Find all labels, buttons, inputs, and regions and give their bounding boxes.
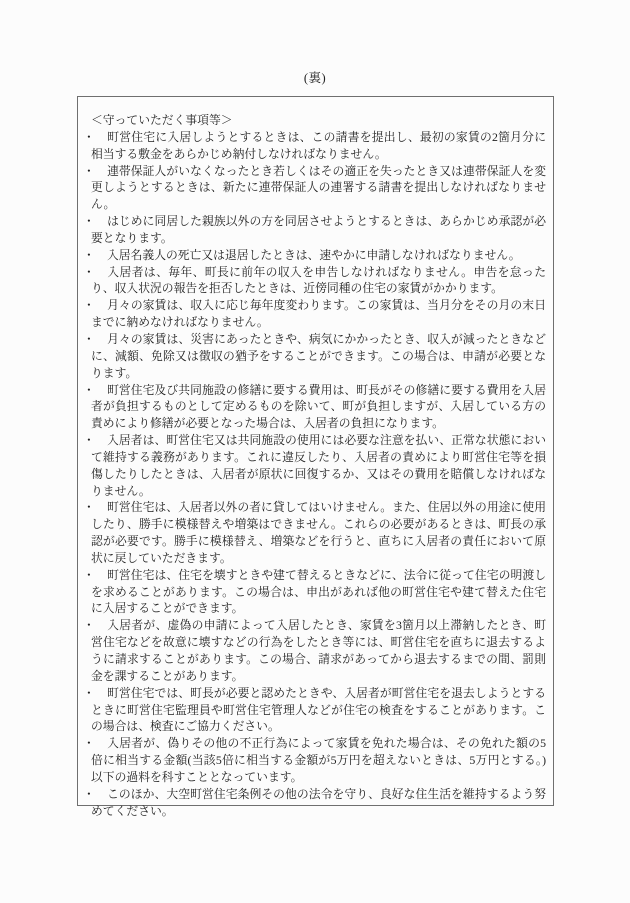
rule-item: ・月々の家賃は、災害にあったときや、病気にかかったとき、収入が減ったときなどに、… — [83, 331, 546, 382]
rule-text: 入居者が、偽りその他の不正行為によって家賃を免れた場合は、その免れた額の5倍に相… — [91, 736, 546, 784]
rules-list: ・町営住宅に入居しようとするときは、この請書を提出し、最初の家賃の2箇月分に相当… — [83, 129, 546, 820]
bullet-dot: ・ — [83, 685, 107, 702]
rule-item: ・町営住宅は、住宅を壊すときや建て替えるときなどに、法令に従って住宅の明渡しを求… — [83, 567, 546, 618]
bullet-dot: ・ — [83, 264, 107, 281]
rule-item: ・入居者が、偽りその他の不正行為によって家賃を免れた場合は、その免れた額の5倍に… — [83, 735, 546, 786]
bullet-dot: ・ — [83, 297, 107, 314]
bullet-dot: ・ — [83, 786, 107, 803]
rule-item: ・入居者が、虚偽の申請によって入居したとき、家賃を3箇月以上滞納したとき、町営住… — [83, 617, 546, 684]
bullet-dot: ・ — [83, 432, 107, 449]
rule-item: ・入居者は、町営住宅又は共同施設の使用には必要な注意を払い、正常な状態において維… — [83, 432, 546, 499]
rule-text: 入居名義人の死亡又は退居したときは、速やかに申請しなければなりません。 — [107, 248, 521, 262]
rule-text: 町営住宅は、住宅を壊すときや建て替えるときなどに、法令に従って住宅の明渡しを求め… — [91, 568, 546, 616]
rule-text: 月々の家賃は、災害にあったときや、病気にかかったとき、収入が減ったときなどに、減… — [91, 332, 546, 380]
rule-text: 入居者は、毎年、町長に前年の収入を申告しなければなりません。申告を怠ったり、収入… — [91, 265, 546, 296]
rule-text: 入居者が、虚偽の申請によって入居したとき、家賃を3箇月以上滞納したとき、町営住宅… — [91, 618, 546, 683]
rule-text: 連帯保証人がいなくなったとき若しくはその適正を失ったとき又は連帯保証人を変更しよ… — [91, 164, 546, 212]
rule-item: ・入居者は、毎年、町長に前年の収入を申告しなければなりません。申告を怠ったり、収… — [83, 264, 546, 298]
rule-item: ・町営住宅では、町長が必要と認めたときや、入居者が町営住宅を退去しようとするとき… — [83, 685, 546, 736]
rule-text: 月々の家賃は、収入に応じ毎年度変わります。この家賃は、当月分をその月の末日までに… — [91, 298, 546, 329]
rule-item: ・入居名義人の死亡又は退居したときは、速やかに申請しなければなりません。 — [83, 247, 546, 264]
rule-item: ・町営住宅及び共同施設の修繕に要する費用は、町長がその修繕に要する費用を入居者が… — [83, 382, 546, 433]
bullet-dot: ・ — [83, 331, 107, 348]
bullet-dot: ・ — [83, 382, 107, 399]
bullet-dot: ・ — [83, 129, 107, 146]
rule-item: ・月々の家賃は、収入に応じ毎年度変わります。この家賃は、当月分をその月の末日まで… — [83, 297, 546, 331]
document-page: { "page": { "side_label": "(裏)" }, "noti… — [0, 0, 630, 903]
rule-item: ・町営住宅は、入居者以外の者に貸してはいけません。また、住居以外の用途に使用した… — [83, 499, 546, 566]
bullet-dot: ・ — [83, 567, 107, 584]
rule-item: ・連帯保証人がいなくなったとき若しくはその適正を失ったとき又は連帯保証人を変更し… — [83, 163, 546, 214]
rule-text: 町営住宅に入居しようとするときは、この請書を提出し、最初の家賃の2箇月分に相当す… — [91, 130, 546, 161]
bullet-dot: ・ — [83, 163, 107, 180]
rule-text: 町営住宅では、町長が必要と認めたときや、入居者が町営住宅を退去しようとするときに… — [91, 686, 546, 734]
rule-item: ・このほか、大空町営住宅条例その他の法令を守り、良好な住生活を維持するよう努めて… — [83, 786, 546, 820]
page-side-label: (裏) — [0, 71, 630, 86]
rule-text: 入居者は、町営住宅又は共同施設の使用には必要な注意を払い、正常な状態において維持… — [91, 433, 546, 498]
rule-text: はじめに同居した親族以外の方を同居させようとするときは、あらかじめ承認が必要とな… — [91, 214, 546, 245]
rule-text: このほか、大空町営住宅条例その他の法令を守り、良好な住生活を維持するよう努めてく… — [91, 787, 546, 818]
bullet-dot: ・ — [83, 617, 107, 634]
bullet-dot: ・ — [83, 247, 107, 264]
rule-text: 町営住宅及び共同施設の修繕に要する費用は、町長がその修繕に要する費用を入居者が負… — [91, 383, 546, 431]
bullet-dot: ・ — [83, 499, 107, 516]
notice-heading: ＜守っていただく事項等＞ — [91, 112, 546, 129]
notice-box: ＜守っていただく事項等＞ ・町営住宅に入居しようとするときは、この請書を提出し、… — [77, 96, 554, 806]
bullet-dot: ・ — [83, 213, 107, 230]
rule-text: 町営住宅は、入居者以外の者に貸してはいけません。また、住居以外の用途に使用したり… — [91, 500, 546, 565]
rule-item: ・はじめに同居した親族以外の方を同居させようとするときは、あらかじめ承認が必要と… — [83, 213, 546, 247]
bullet-dot: ・ — [83, 735, 107, 752]
rule-item: ・町営住宅に入居しようとするときは、この請書を提出し、最初の家賃の2箇月分に相当… — [83, 129, 546, 163]
